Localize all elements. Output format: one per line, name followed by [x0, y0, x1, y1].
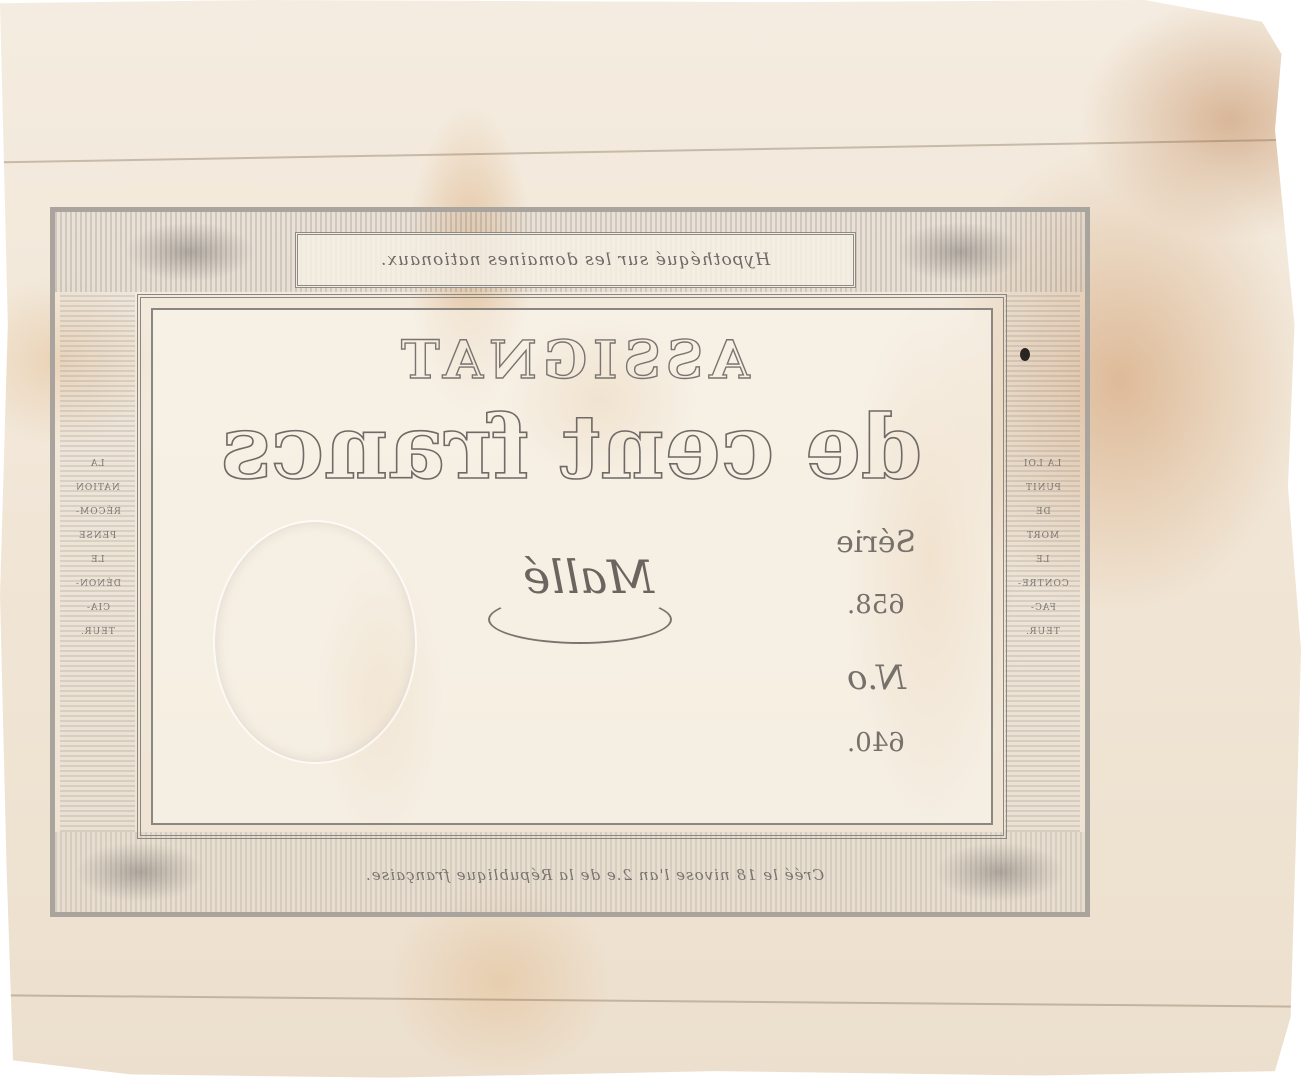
figure-vignette-icon — [75, 842, 205, 902]
right-column-text: LA LOI PUNIT DE MORT LE CONTRE- FAC- TEU… — [1005, 452, 1080, 644]
inner-frame: ASSIGNAT de cent francs Mallé Série 658.… — [137, 294, 1007, 839]
right-column-line: LA LOI — [1023, 452, 1061, 476]
footer-line: Créé le 18 nivose l'an 2.e de la Républi… — [365, 866, 824, 884]
title-line-1: ASSIGNAT — [395, 330, 750, 391]
banknote-print: Hypothéqué sur les domaines nationaux. L… — [50, 207, 1090, 917]
right-column-line: DE — [1035, 500, 1051, 524]
left-column-line: LE — [90, 548, 105, 572]
header-text: Hypothéqué sur les domaines nationaux. — [380, 250, 770, 270]
paper-crease — [0, 994, 1301, 1007]
right-column-line: FAC- — [1030, 596, 1056, 620]
header-cartouche: Hypothéqué sur les domaines nationaux. — [295, 232, 856, 288]
number-value: 640. — [847, 728, 905, 758]
left-column-line: RÉCOM- — [75, 500, 121, 524]
title-assignat: ASSIGNAT — [153, 330, 991, 391]
paper-crease — [0, 139, 1301, 164]
title-denomination: de cent francs — [153, 395, 991, 499]
left-column-line: TEUR. — [80, 620, 115, 644]
footer-text: Créé le 18 nivose l'an 2.e de la Républi… — [245, 866, 945, 884]
right-column-line: LE — [1035, 548, 1050, 572]
left-column-line: LA — [90, 452, 104, 476]
serie-number: 658. — [847, 590, 905, 620]
left-column-line: PENSE — [78, 524, 116, 548]
left-column-text: LA NATION RÉCOM- PENSE LE DÉNON- CIA- TE… — [60, 452, 135, 644]
title-line-2: de cent francs — [221, 395, 922, 499]
corner-ornament-icon — [125, 222, 255, 282]
paper-sheet: Hypothéqué sur les domaines nationaux. L… — [0, 0, 1301, 1082]
serial-block: Série 658. N.o 640. — [821, 525, 931, 758]
figure-vignette-icon — [935, 842, 1065, 902]
left-column-line: CIA- — [86, 596, 110, 620]
inner-frame-panel: ASSIGNAT de cent francs Mallé Série 658.… — [151, 308, 993, 825]
right-column-line: CONTRE- — [1017, 572, 1069, 596]
serie-label: Série — [836, 525, 916, 560]
left-column-line: NATION — [75, 476, 120, 500]
corner-ornament-icon — [895, 222, 1025, 282]
number-label: N.o — [847, 658, 906, 698]
right-column-line: PUNIT — [1025, 476, 1061, 500]
left-column-line: DÉNON- — [75, 572, 121, 596]
ink-spot-icon — [1020, 348, 1030, 361]
right-column-line: MORT — [1026, 524, 1059, 548]
signature-flourish-icon — [488, 595, 672, 644]
right-column-line: TEUR. — [1025, 620, 1060, 644]
embossed-seal-icon — [213, 520, 417, 764]
